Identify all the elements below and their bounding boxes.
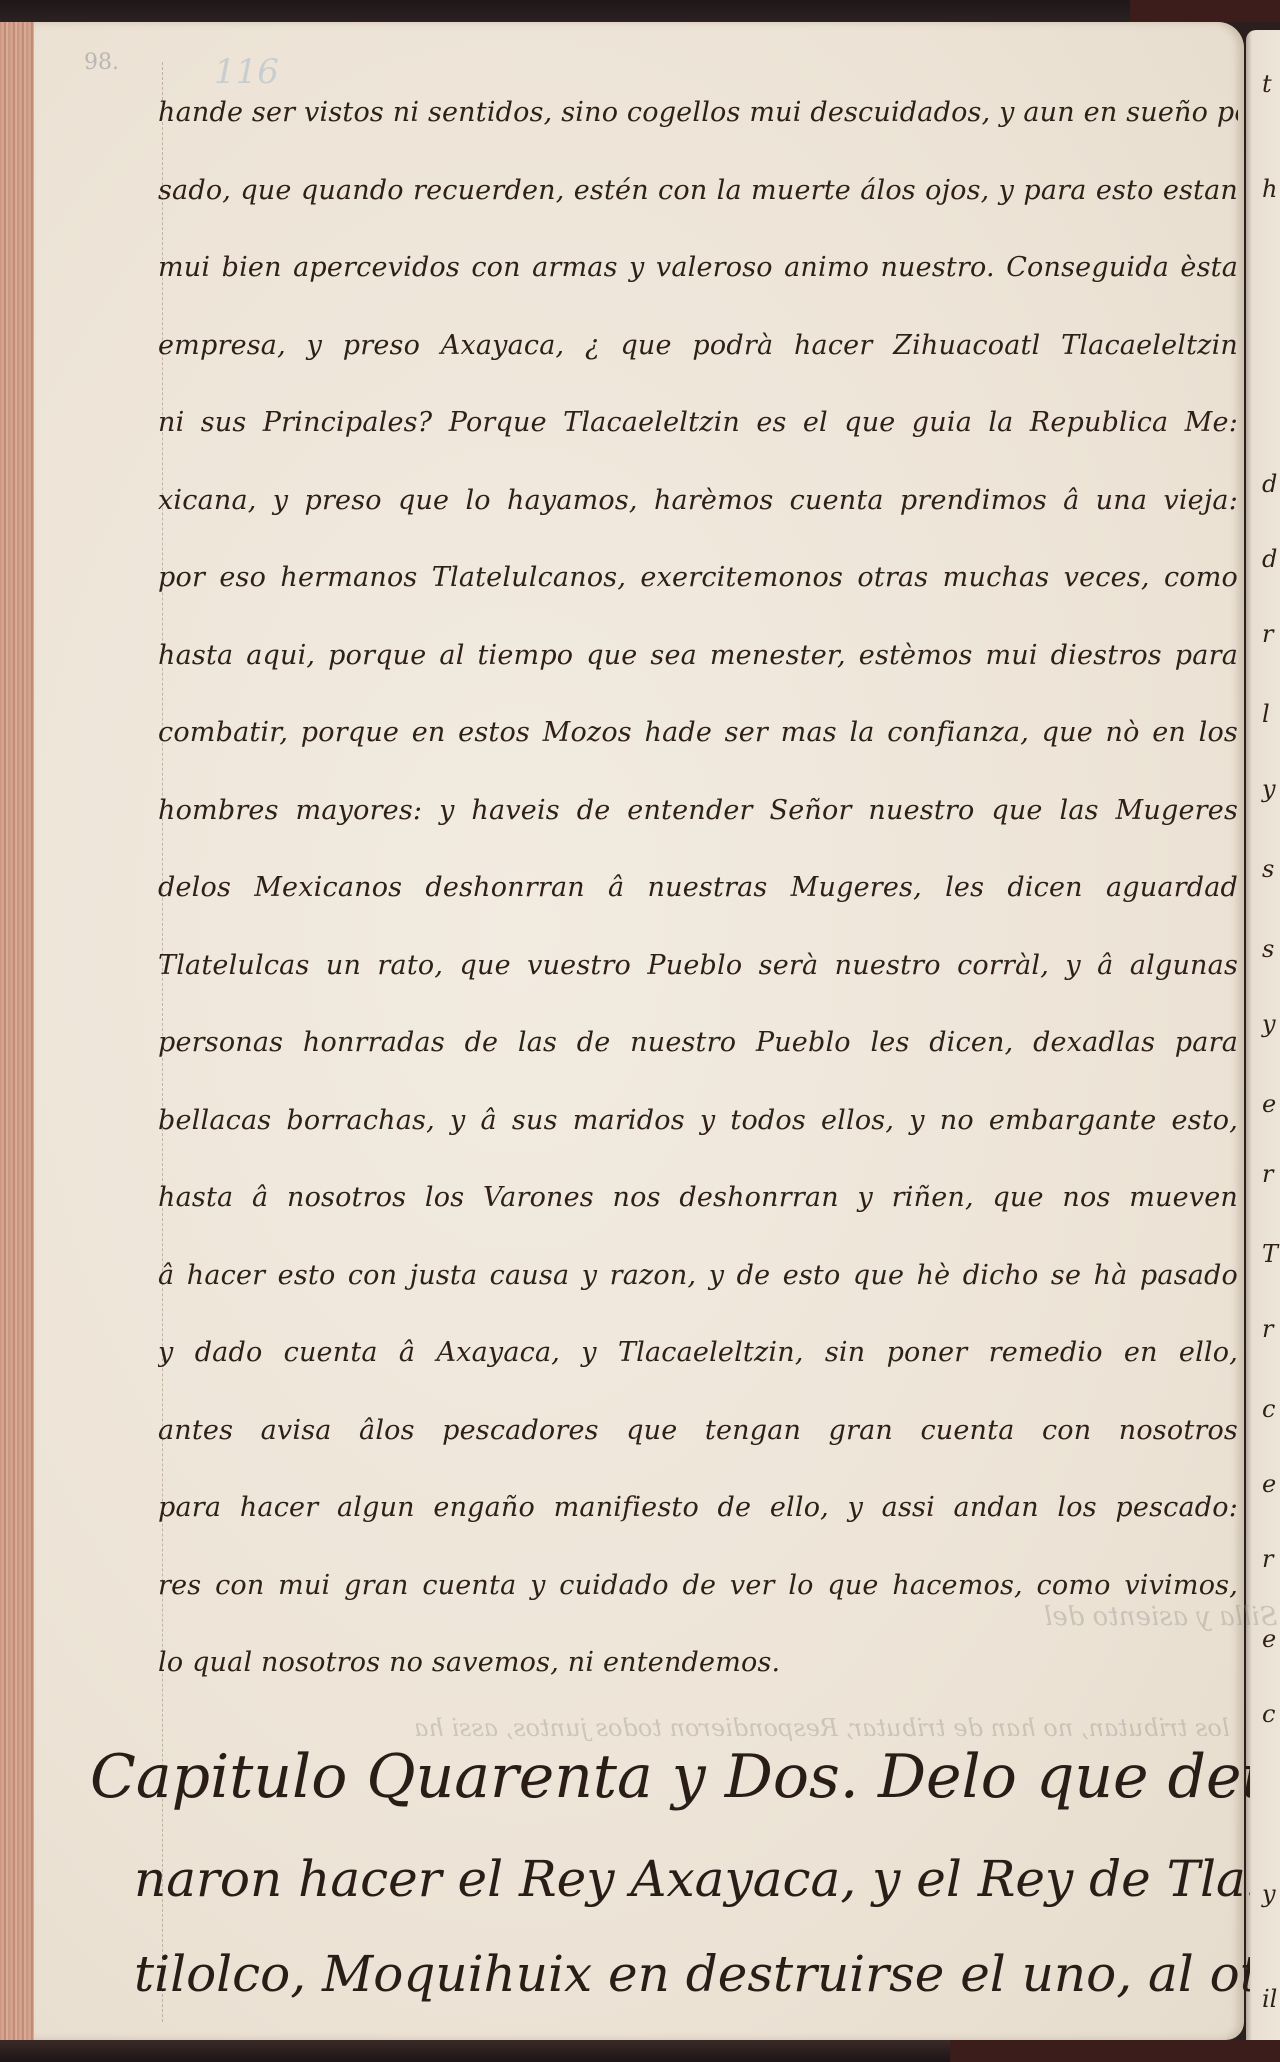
chapter-heading: Capitulo Quarenta y Dos. Delo que determ… [90, 1722, 1250, 2022]
facing-page-char: r [1262, 1315, 1273, 1343]
facing-page-char: c [1262, 1395, 1275, 1423]
chapter-heading-line: tilolco, Moquihuix en destruirse el uno,… [90, 1927, 1250, 2022]
page-number: 98. [84, 50, 119, 75]
facing-page-char: t [1262, 70, 1272, 98]
text-line: para hacer algun engaño manifiesto de el… [158, 1469, 1238, 1547]
text-line: lo qual nosotros no savemos, ni entendem… [158, 1624, 1238, 1702]
facing-page-char: d [1262, 545, 1277, 573]
binding-top [0, 0, 1280, 22]
text-line: res con mui gran cuenta y cuidado de ver… [158, 1547, 1238, 1625]
facing-page-char: e [1262, 1090, 1276, 1118]
facing-page-char: h [1262, 175, 1277, 203]
text-line: antes avisa âlos pescadores que tengan g… [158, 1392, 1238, 1470]
facing-page-char: y [1262, 775, 1276, 803]
binding-bottom [0, 2040, 1280, 2062]
text-line: delos Mexicanos deshonrran â nuestras Mu… [158, 849, 1238, 927]
page-stack-edges [0, 22, 36, 2040]
text-line: hasta â nosotros los Varones nos deshonr… [158, 1159, 1238, 1237]
text-line: bellacas borrachas, y â sus maridos y to… [158, 1082, 1238, 1160]
manuscript-page: 98. 116 la Silla y asiento del los tribu… [34, 22, 1244, 2040]
chapter-heading-line: Capitulo Quarenta y Dos. Delo que determ… [90, 1722, 1250, 1832]
facing-page-char: il [1262, 1985, 1277, 2013]
text-line: xicana, y preso que lo hayamos, harèmos … [158, 462, 1238, 540]
text-line: hasta aqui, porque al tiempo que sea men… [158, 617, 1238, 695]
facing-page-char: y [1262, 1880, 1276, 1908]
text-line: mui bien apercevidos con armas y valeros… [158, 229, 1238, 307]
facing-page-char: l [1262, 700, 1270, 728]
facing-page-char: c [1262, 1700, 1275, 1728]
body-text: hande ser vistos ni sentidos, sino cogel… [158, 74, 1238, 1702]
facing-page-char: T [1262, 1240, 1278, 1268]
text-line: Tlatelulcas un rato, que vuestro Pueblo … [158, 927, 1238, 1005]
text-line: â hacer esto con justa causa y razon, y … [158, 1237, 1238, 1315]
facing-page-char: e [1262, 1470, 1276, 1498]
facing-page-char: d [1262, 470, 1277, 498]
facing-page-char: s [1262, 855, 1274, 883]
text-line: hande ser vistos ni sentidos, sino cogel… [158, 74, 1238, 152]
text-line: y dado cuenta â Axayaca, y Tlacaeleltzin… [158, 1314, 1238, 1392]
chapter-heading-line: naron hacer el Rey Axayaca, y el Rey de … [90, 1832, 1250, 1927]
text-line: empresa, y preso Axayaca, ¿ que podrà ha… [158, 307, 1238, 385]
text-line: ni sus Principales? Porque Tlacaeleltzin… [158, 384, 1238, 462]
facing-page-char: r [1262, 1545, 1273, 1573]
facing-page-char: s [1262, 935, 1274, 963]
facing-page-char: r [1262, 1160, 1273, 1188]
text-line: hombres mayores: y haveis de entender Se… [158, 772, 1238, 850]
text-line: personas honrradas de las de nuestro Pue… [158, 1004, 1238, 1082]
text-line: sado, que quando recuerden, estén con la… [158, 152, 1238, 230]
facing-page-char: y [1262, 1010, 1276, 1038]
text-line: por eso hermanos Tlatelulcanos, exercite… [158, 539, 1238, 617]
text-line: combatir, porque en estos Mozos hade ser… [158, 694, 1238, 772]
facing-page-char: r [1262, 620, 1273, 648]
